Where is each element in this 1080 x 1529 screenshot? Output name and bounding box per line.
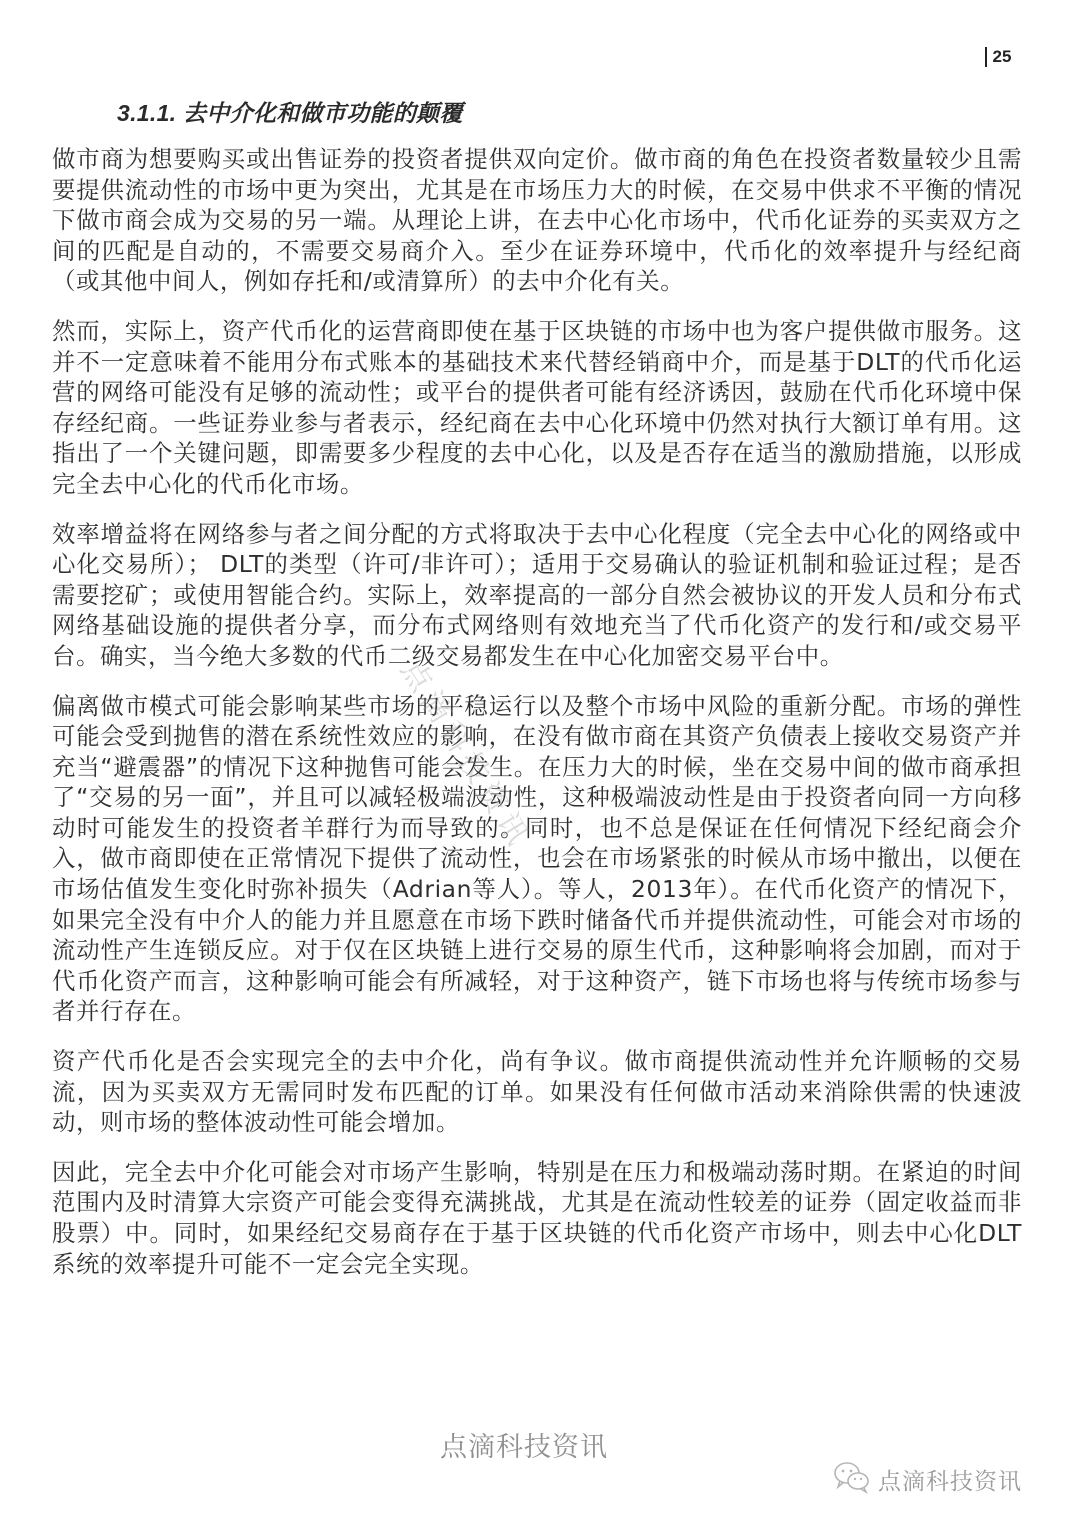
paragraph-5: 资产代币化是否会实现完全的去中介化，尚有争议。做市商提供流动性并允许顺畅的交易流… bbox=[52, 1046, 1022, 1138]
wechat-account-name: 点滴科技资讯 bbox=[878, 1463, 1022, 1496]
paragraph-4: 偏离做市模式可能会影响某些市场的平稳运行以及整个市场中风险的重新分配。市场的弹性… bbox=[52, 691, 1022, 1028]
section-heading: 3.1.1. 去中介化和做市功能的颠覆 bbox=[117, 95, 463, 128]
paragraph-6: 因此，完全去中介化可能会对市场产生影响，特别是在压力和极端动荡时期。在紧迫的时间… bbox=[52, 1157, 1022, 1279]
body-text: 做市商为想要购买或出售证券的投资者提供双向定价。做市商的角色在投资者数量较少且需… bbox=[52, 144, 1022, 1298]
paragraph-3: 效率增益将在网络参与者之间分配的方式将取决于去中心化程度（完全去中心化的网络或中… bbox=[52, 519, 1022, 672]
footer-brand: 点滴科技资讯 bbox=[440, 1425, 608, 1464]
page-number-value: 25 bbox=[993, 47, 1012, 67]
page-number-divider bbox=[985, 47, 987, 67]
page-number: 25 bbox=[985, 47, 1011, 67]
wechat-account-mark: 点滴科技资讯 bbox=[832, 1460, 1022, 1498]
paragraph-2: 然而，实际上，资产代币化的运营商即使在基于区块链的市场中也为客户提供做市服务。这… bbox=[52, 316, 1022, 500]
paragraph-1: 做市商为想要购买或出售证券的投资者提供双向定价。做市商的角色在投资者数量较少且需… bbox=[52, 144, 1022, 297]
wechat-icon bbox=[832, 1460, 872, 1498]
